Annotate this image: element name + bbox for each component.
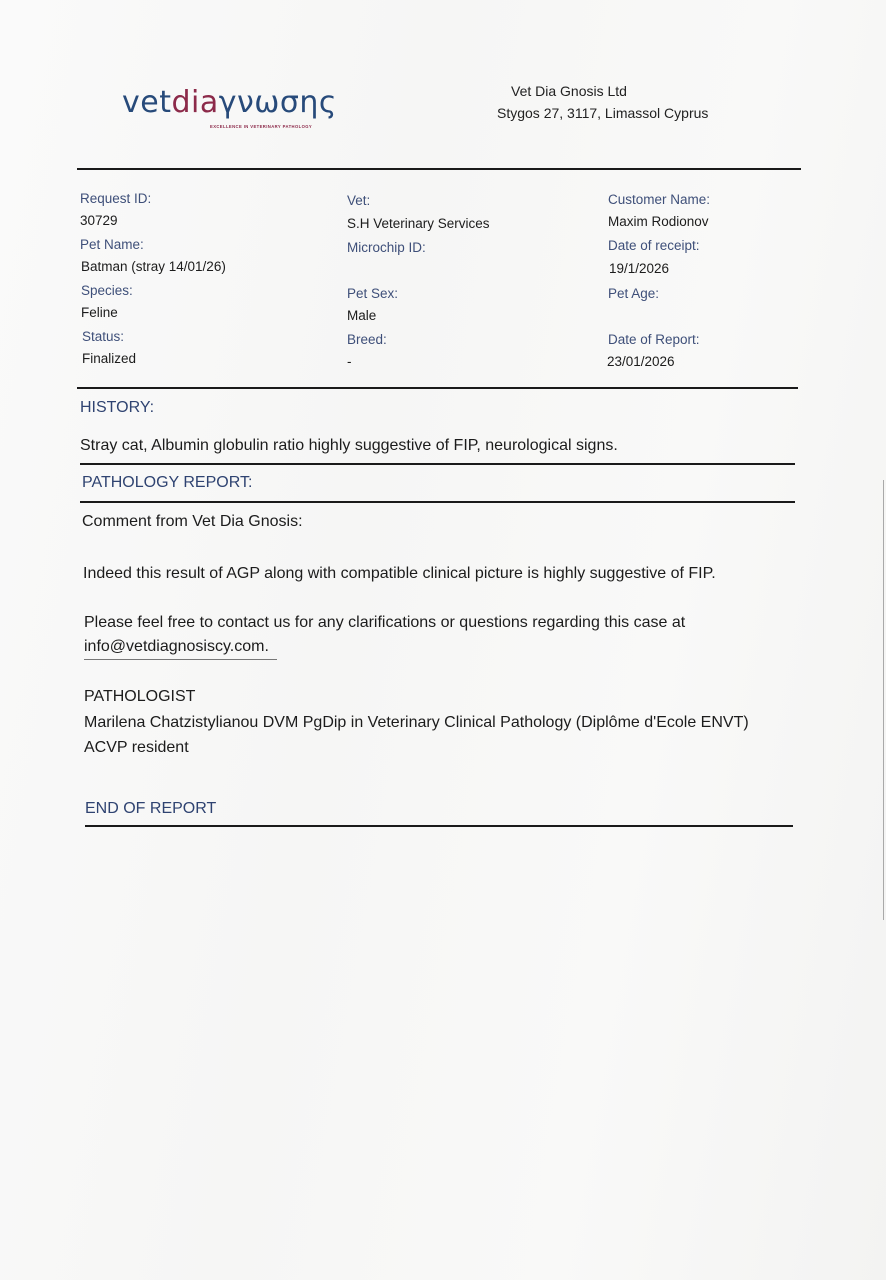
pet-age-label: Pet Age: (608, 286, 659, 301)
species-value: Feline (81, 305, 118, 320)
header-divider (77, 168, 801, 170)
fields-divider (77, 387, 798, 389)
comment-text: Indeed this result of AGP along with com… (83, 565, 716, 583)
history-text: Stray cat, Albumin globulin ratio highly… (80, 437, 618, 455)
pet-sex-value: Male (347, 308, 376, 323)
pathology-report-divider (80, 501, 795, 503)
pathologist-role: ACVP resident (84, 739, 189, 757)
pathologist-name: Marilena Chatzistylianou DVM PgDip in Ve… (84, 714, 749, 732)
request-id-label: Request ID: (80, 191, 151, 206)
vet-label: Vet: (347, 193, 370, 208)
microchip-id-label: Microchip ID: (347, 240, 426, 255)
logo-part-gnosis: γνωσης (219, 85, 337, 120)
history-divider (80, 463, 795, 465)
contact-text: Please feel free to contact us for any c… (84, 614, 685, 632)
customer-name-value: Maxim Rodionov (608, 214, 709, 229)
status-value: Finalized (82, 351, 136, 366)
date-of-report-value: 23/01/2026 (607, 354, 675, 369)
vet-value: S.H Veterinary Services (347, 216, 490, 231)
species-label: Species: (81, 283, 133, 298)
logo-part-vet: vet (122, 85, 171, 120)
logo-part-dia: dia (171, 85, 218, 120)
status-label: Status: (82, 329, 124, 344)
pathologist-title: PATHOLOGIST (84, 688, 195, 706)
company-name: Vet Dia Gnosis Ltd (497, 80, 708, 102)
pet-name-label: Pet Name: (80, 237, 144, 252)
breed-label: Breed: (347, 332, 387, 347)
date-of-receipt-label: Date of receipt: (608, 238, 700, 253)
date-of-report-label: Date of Report: (608, 332, 700, 347)
breed-value: - (347, 354, 352, 369)
customer-name-label: Customer Name: (608, 192, 710, 207)
company-logo: vetdiaγνωσης (122, 88, 337, 118)
scan-edge (883, 480, 884, 920)
pet-name-value: Batman (stray 14/01/26) (81, 259, 226, 274)
pet-sex-label: Pet Sex: (347, 286, 398, 301)
end-of-report: END OF REPORT (85, 800, 216, 818)
history-title: HISTORY: (80, 399, 154, 417)
end-divider (85, 825, 793, 827)
company-address: Stygos 27, 3117, Limassol Cyprus (497, 102, 708, 124)
logo-tagline: EXCELLENCE IN VETERINARY PATHOLOGY (210, 124, 312, 129)
contact-email-link[interactable]: info@vetdiagnosiscy.com. (84, 638, 277, 660)
date-of-receipt-value: 19/1/2026 (609, 261, 669, 276)
company-info: Vet Dia Gnosis Ltd Stygos 27, 3117, Lima… (497, 80, 708, 124)
report-page: vetdiaγνωσης EXCELLENCE IN VETERINARY PA… (0, 0, 886, 1280)
comment-heading: Comment from Vet Dia Gnosis: (82, 513, 303, 531)
pathology-report-title: PATHOLOGY REPORT: (82, 474, 252, 492)
request-id-value: 30729 (80, 213, 118, 228)
